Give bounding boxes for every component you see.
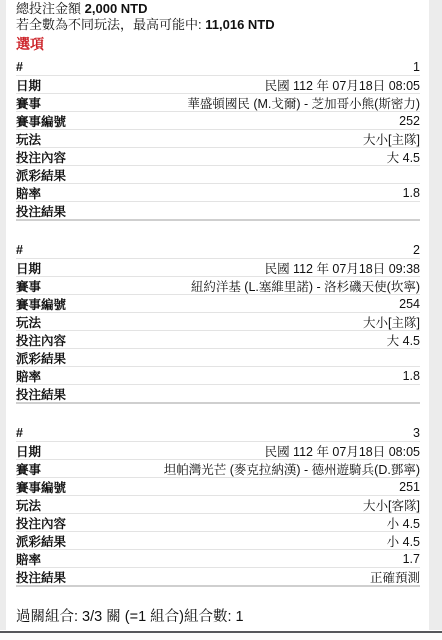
detail-row: 賽事 華盛頓國民 (M.戈爾) - 芝加哥小熊(斯密力) (16, 94, 420, 112)
row-label: 日期 (16, 76, 41, 94)
row-label: 玩法 (16, 313, 41, 331)
detail-row: 賽事編號 254 (16, 295, 420, 313)
row-value: 小 4.5 (387, 532, 420, 550)
detail-row: 日期 民國 112 年 07月18日 08:05 (16, 442, 420, 460)
detail-row: 賠率 1.8 (16, 184, 420, 202)
row-label: 賠率 (16, 367, 41, 385)
detail-row: # 3 (16, 424, 420, 442)
row-value: 民國 112 年 07月18日 08:05 (265, 442, 420, 460)
max-win-label: 若全數為不同玩法，最高可能中: (16, 17, 202, 32)
options-heading: 選項 (16, 36, 420, 53)
row-label: 日期 (16, 442, 41, 460)
detail-row: 派彩結果 小 4.5 (16, 532, 420, 550)
row-label: 投注內容 (16, 148, 66, 166)
detail-row: 投注結果 正確預測 (16, 568, 420, 587)
detail-row: 賽事編號 252 (16, 112, 420, 130)
bet-slip-content: 總投注金額 2,000 NTD 若全數為不同玩法，最高可能中: 11,016 N… (6, 0, 429, 630)
row-value: 1.7 (403, 552, 420, 566)
row-value: 紐約洋基 (L.塞維里諾) - 洛杉磯天使(坎寧) (191, 277, 420, 295)
right-edge-background (429, 0, 442, 630)
row-label: 日期 (16, 259, 41, 277)
bet-slip-screen: 總投注金額 2,000 NTD 若全數為不同玩法，最高可能中: 11,016 N… (0, 0, 442, 640)
bet-section-2: # 2 日期 民國 112 年 07月18日 09:38 賽事 紐約洋基 (L.… (16, 241, 420, 404)
row-value: 大小[主隊] (363, 130, 420, 148)
row-label: 賽事編號 (16, 112, 66, 130)
row-value: 251 (399, 480, 420, 494)
detail-row: 賽事 紐約洋基 (L.塞維里諾) - 洛杉磯天使(坎寧) (16, 277, 420, 295)
bet-section-3: # 3 日期 民國 112 年 07月18日 08:05 賽事 坦帕灣光芒 (麥… (16, 424, 420, 587)
row-label: # (16, 243, 23, 257)
bet-section-1: # 1 日期 民國 112 年 07月18日 08:05 賽事 華盛頓國民 (M… (16, 58, 420, 221)
detail-row: 投注內容 小 4.5 (16, 514, 420, 532)
row-value: 坦帕灣光芒 (麥克拉納漢) - 德州遊騎兵(D.鄧寧) (164, 460, 420, 478)
row-label: 派彩結果 (16, 532, 66, 550)
max-win-value: 11,016 NTD (205, 17, 274, 32)
row-label: 賠率 (16, 550, 41, 568)
row-value: 大 4.5 (387, 148, 420, 166)
row-value: 小 4.5 (387, 514, 420, 532)
parlay-combination-summary: 過關組合: 3/3 關 (=1 組合)組合數: 1 (16, 607, 420, 627)
row-value: 1.8 (403, 186, 420, 200)
total-stake-line: 總投注金額 2,000 NTD (16, 1, 420, 17)
row-label: 投注結果 (16, 202, 66, 220)
row-label: 賽事 (16, 460, 41, 478)
row-label: 賽事編號 (16, 295, 66, 313)
row-value: 民國 112 年 07月18日 08:05 (265, 76, 420, 94)
row-label: 派彩結果 (16, 166, 66, 184)
detail-row: 賽事編號 251 (16, 478, 420, 496)
detail-row: 日期 民國 112 年 07月18日 08:05 (16, 76, 420, 94)
row-label: 賽事編號 (16, 478, 66, 496)
row-value: 1 (413, 60, 420, 74)
below-divider-area (0, 633, 442, 640)
row-label: 投注結果 (16, 385, 66, 403)
row-label: 派彩結果 (16, 349, 66, 367)
row-value: 正確預測 (370, 568, 420, 586)
detail-row: 派彩結果 (16, 166, 420, 184)
detail-row: 日期 民國 112 年 07月18日 09:38 (16, 259, 420, 277)
detail-row: 賽事 坦帕灣光芒 (麥克拉納漢) - 德州遊騎兵(D.鄧寧) (16, 460, 420, 478)
detail-row: 投注內容 大 4.5 (16, 331, 420, 349)
row-value: 1.8 (403, 369, 420, 383)
row-value: 3 (413, 426, 420, 440)
detail-row: 玩法 大小[客隊] (16, 496, 420, 514)
detail-row: 玩法 大小[主隊] (16, 130, 420, 148)
row-label: 玩法 (16, 130, 41, 148)
max-win-line: 若全數為不同玩法，最高可能中: 11,016 NTD (16, 17, 420, 33)
row-value: 華盛頓國民 (M.戈爾) - 芝加哥小熊(斯密力) (187, 94, 420, 112)
row-value: 2 (413, 243, 420, 257)
row-label: 賽事 (16, 94, 41, 112)
row-label: 賽事 (16, 277, 41, 295)
row-value: 民國 112 年 07月18日 09:38 (265, 259, 420, 277)
row-label: 投注結果 (16, 568, 66, 586)
row-value: 254 (399, 297, 420, 311)
detail-row: 玩法 大小[主隊] (16, 313, 420, 331)
row-label: 投注內容 (16, 331, 66, 349)
detail-row: # 2 (16, 241, 420, 259)
row-label: # (16, 60, 23, 74)
row-label: 賠率 (16, 184, 41, 202)
row-value: 大小[主隊] (363, 313, 420, 331)
detail-row: 派彩結果 (16, 349, 420, 367)
total-stake-value: 2,000 NTD (85, 1, 148, 16)
total-stake-label: 總投注金額 (16, 1, 81, 16)
row-label: # (16, 426, 23, 440)
detail-row: 投注結果 (16, 385, 420, 404)
row-label: 玩法 (16, 496, 41, 514)
detail-row: # 1 (16, 58, 420, 76)
detail-row: 賠率 1.7 (16, 550, 420, 568)
detail-row: 賠率 1.8 (16, 367, 420, 385)
detail-row: 投注內容 大 4.5 (16, 148, 420, 166)
row-value: 大 4.5 (387, 331, 420, 349)
detail-row: 投注結果 (16, 202, 420, 221)
row-value: 大小[客隊] (363, 496, 420, 514)
row-label: 投注內容 (16, 514, 66, 532)
row-value: 252 (399, 114, 420, 128)
